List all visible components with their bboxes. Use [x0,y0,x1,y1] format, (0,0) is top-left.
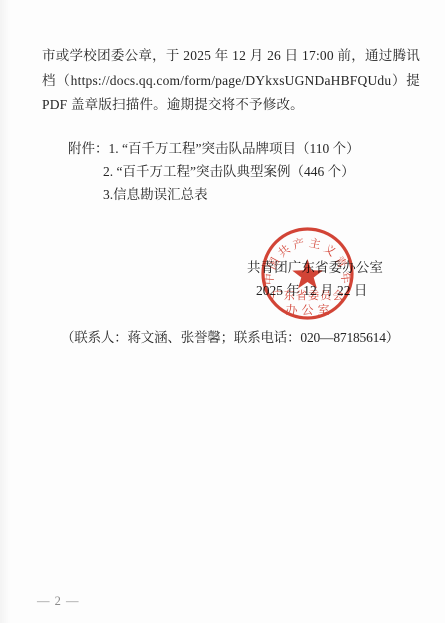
page-number: — 2 — [37,594,80,609]
body-line: 市或学校团委公章，于 2025 年 12 月 26 日 17:00 前，通过腾讯… [42,44,420,69]
attachments-block: 附件：1. “百千万工程”突击队品牌项目（110 个） 2. “百千万工程”突击… [68,137,408,206]
official-seal: 中国共产主义青年团 广东省委员会 办公室 [259,225,356,322]
attachment-row: 3.信息勘误汇总表 [68,183,408,206]
red-star-icon [292,259,322,288]
seal-committee-text: 广东省委员会 [272,288,344,302]
body-line: PDF 盖章版扫描件。逾期提交将不予修改。 [42,93,420,118]
seal-graphic: 中国共产主义青年团 广东省委员会 办公室 [259,225,356,322]
body-line: 档（https://docs.qq.com/form/page/DYkxsUGN… [42,69,420,94]
contact-line: （联系人：蒋文涵、张誉馨；联系电话：020—87185614） [61,326,399,346]
body-paragraph: 市或学校团委公章，于 2025 年 12 月 26 日 17:00 前，通过腾讯… [42,44,420,118]
seal-office-text: 办公室 [286,302,330,317]
attachment-item: 3.信息勘误汇总表 [103,187,208,202]
document-page: 市或学校团委公章，于 2025 年 12 月 26 日 17:00 前，通过腾讯… [0,0,445,623]
attachment-row: 2. “百千万工程”突击队典型案例（446 个） [68,160,408,183]
attachment-item: 1. “百千万工程”突击队品牌项目（110 个） [109,141,360,156]
attachment-item: 2. “百千万工程”突击队典型案例（446 个） [103,164,355,179]
attachment-row: 附件：1. “百千万工程”突击队品牌项目（110 个） [68,137,408,160]
attachments-label: 附件： [68,141,109,156]
